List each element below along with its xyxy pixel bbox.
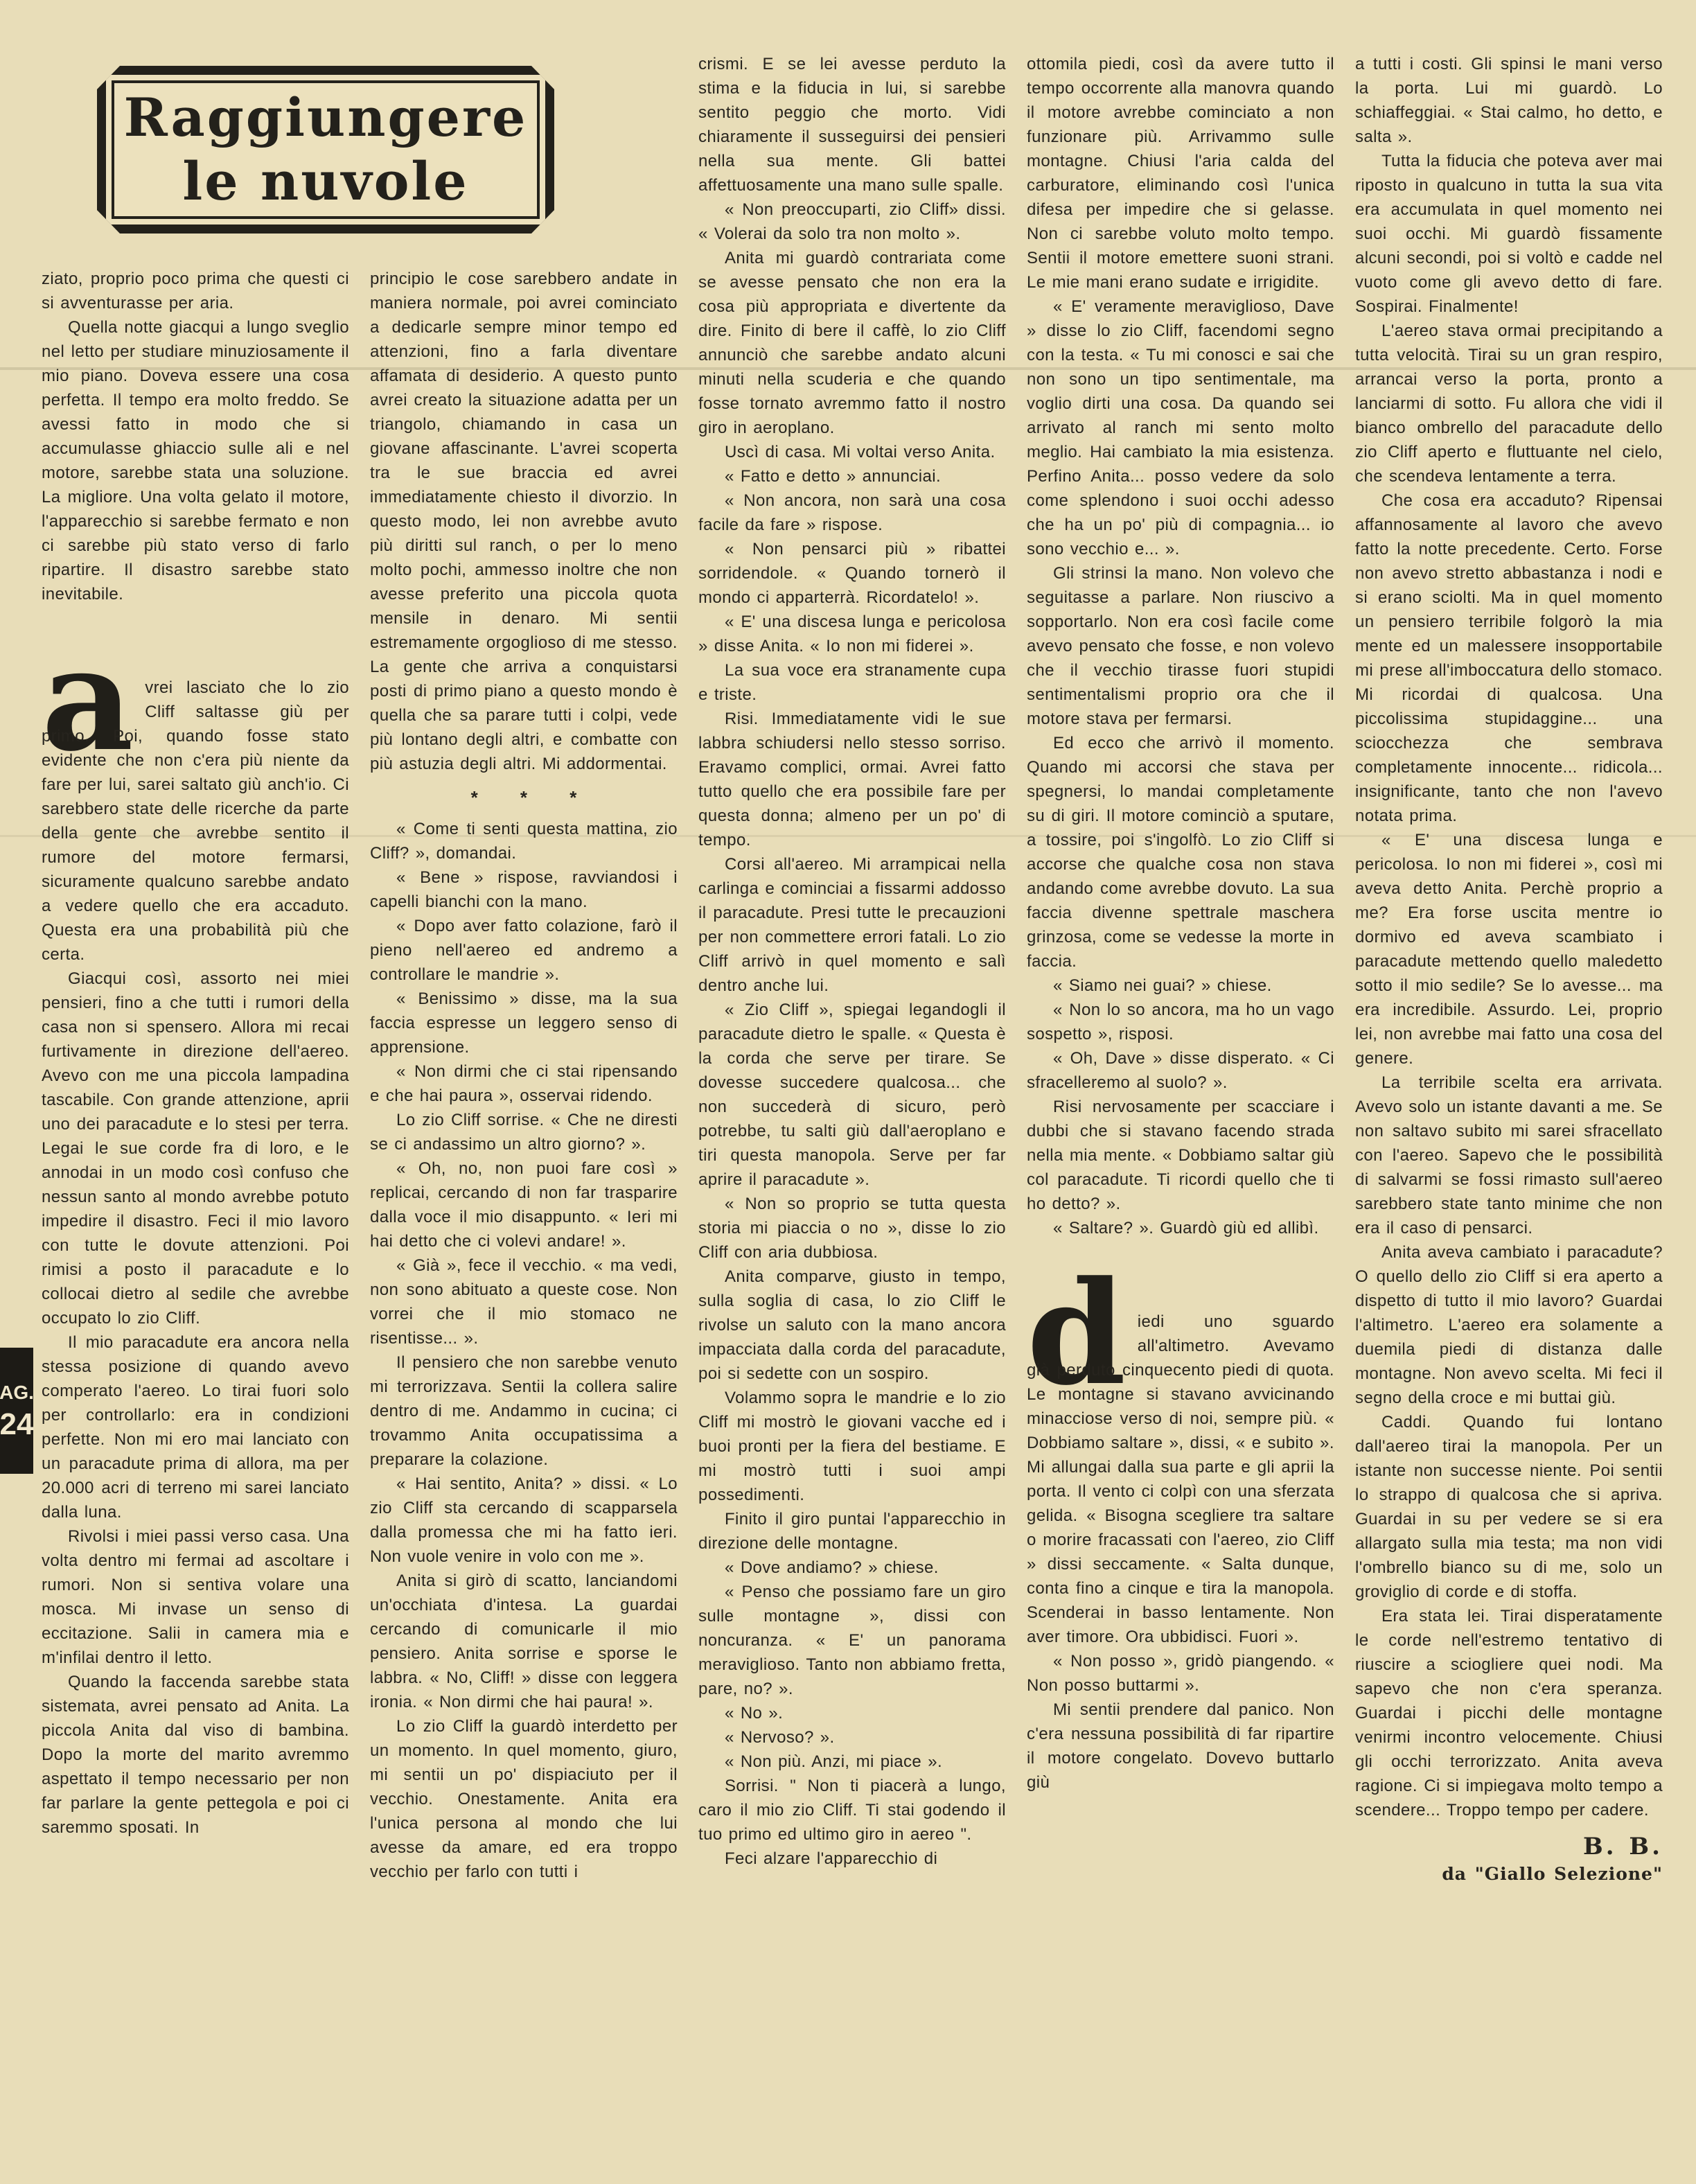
source-credit: da "Giallo Selezione" — [1355, 1862, 1663, 1886]
paragraph: Che cosa era accaduto? Ripensai affannos… — [1355, 488, 1663, 828]
paragraph: ottomila piedi, così da avere tutto il t… — [1027, 52, 1334, 294]
paragraph: La sua voce era stranamente cupa e trist… — [698, 658, 1006, 707]
paragraph: « Siamo nei guai? » chiese. — [1027, 974, 1334, 998]
paragraph: « Hai sentito, Anita? » dissi. « Lo zio … — [370, 1472, 678, 1569]
paragraph: Mi sentii prendere dal panico. Non c'era… — [1027, 1698, 1334, 1795]
author-signature: B. B. — [1355, 1835, 1663, 1859]
article-column-3: crismi. E se lei avesse perduto la stima… — [698, 52, 1006, 2145]
paragraph: « Non preoccuparti, zio Cliff» dissi. « … — [698, 197, 1006, 246]
page-tab-label: AG. — [0, 1379, 34, 1407]
paragraph: Risi. Immediatamente vidi le sue labbra … — [698, 707, 1006, 852]
paragraph: Lo zio Cliff la guardò interdetto per un… — [370, 1714, 678, 1884]
paragraph: Corsi all'aereo. Mi arrampicai nella car… — [698, 852, 1006, 998]
article-column-2: principio le cose sarebbero andate in ma… — [370, 52, 678, 2145]
paragraph: Il mio paracadute era ancora nella stess… — [42, 1330, 349, 1524]
paragraph: Quando la faccenda sarebbe stata sistema… — [42, 1670, 349, 1840]
paragraph: Tutta la fiducia che poteva aver mai rip… — [1355, 149, 1663, 319]
drop-cap: d — [1027, 1310, 1127, 1358]
paragraph: « Benissimo » disse, ma la sua faccia es… — [370, 987, 678, 1059]
paragraph: Anita comparve, giusto in tempo, sulla s… — [698, 1265, 1006, 1386]
paragraph: « Penso che possiamo fare un giro sulle … — [698, 1580, 1006, 1701]
paragraph: Risi nervosamente per scacciare i dubbi … — [1027, 1095, 1334, 1216]
paragraph: « Fatto e detto » annunciai. — [698, 464, 1006, 488]
paragraph: Giacqui così, assorto nei miei pensieri,… — [42, 967, 349, 1330]
article-columns: ziato, proprio poco prima che questi ci … — [42, 52, 1663, 2145]
paragraph: crismi. E se lei avesse perduto la stima… — [698, 52, 1006, 197]
article-column-1: ziato, proprio poco prima che questi ci … — [42, 52, 349, 2145]
paragraph: L'aereo stava ormai precipitando a tutta… — [1355, 319, 1663, 488]
paragraph: « Non so proprio se tutta questa storia … — [698, 1192, 1006, 1265]
paragraph: Caddi. Quando fui lontano dall'aereo tir… — [1355, 1410, 1663, 1604]
article-column-4: ottomila piedi, così da avere tutto il t… — [1027, 52, 1334, 2145]
paragraph: Volammo sopra le mandrie e lo zio Cliff … — [698, 1386, 1006, 1507]
drop-cap-paragraph: avrei lasciato che lo zio Cliff saltasse… — [42, 676, 349, 967]
magazine-page: Raggiungere le nuvole AG. 24 ziato, prop… — [0, 0, 1696, 2184]
paragraph: « E' veramente meraviglioso, Dave » diss… — [1027, 294, 1334, 561]
paragraph: « Oh, Dave » disse disperato. « Ci sfrac… — [1027, 1046, 1334, 1095]
paragraph: « Dopo aver fatto colazione, farò il pie… — [370, 914, 678, 987]
page-number: 24 — [0, 1407, 33, 1443]
paragraph: Sorrisi. " Non ti piacerà a lungo, caro … — [698, 1774, 1006, 1847]
paragraph: Quella notte giacqui a lungo sveglio nel… — [42, 315, 349, 606]
paragraph: Gli strinsi la mano. Non volevo che segu… — [1027, 561, 1334, 731]
paragraph: Era stata lei. Tirai disperatamente le c… — [1355, 1604, 1663, 1822]
paragraph: Lo zio Cliff sorrise. « Che ne diresti s… — [370, 1108, 678, 1156]
drop-cap-paragraph: diedi uno sguardo all'altimetro. Avevamo… — [1027, 1310, 1334, 1649]
page-number-tab: AG. 24 — [0, 1348, 33, 1474]
paragraph: Il pensiero che non sarebbe venuto mi te… — [370, 1350, 678, 1472]
paragraph: « Non ancora, non sarà una cosa facile d… — [698, 488, 1006, 537]
paragraph: La terribile scelta era arrivata. Avevo … — [1355, 1071, 1663, 1240]
paragraph: principio le cose sarebbero andate in ma… — [370, 267, 678, 776]
paragraph: « Zio Cliff », spiegai legandogli il par… — [698, 998, 1006, 1192]
paragraph: « Non pensarci più » ribattei sorridendo… — [698, 537, 1006, 610]
paragraph: Anita si girò di scatto, lanciandomi un'… — [370, 1569, 678, 1714]
paragraph: « Non più. Anzi, mi piace ». — [698, 1750, 1006, 1774]
paragraph: Anita aveva cambiato i paracadute? O que… — [1355, 1240, 1663, 1410]
section-separator: * * * — [370, 786, 678, 810]
drop-cap: a — [42, 676, 134, 724]
paragraph: « Saltare? ». Guardò giù ed allibì. — [1027, 1216, 1334, 1240]
paragraph: « E' una discesa lunga e pericolosa. Io … — [1355, 828, 1663, 1071]
paragraph: Finito il giro puntai l'apparecchio in d… — [698, 1507, 1006, 1556]
paragraph: Uscì di casa. Mi voltai verso Anita. — [698, 440, 1006, 464]
paragraph: Anita mi guardò contrariata come se aves… — [698, 246, 1006, 440]
paragraph: « Non posso », gridò piangendo. « Non po… — [1027, 1649, 1334, 1698]
paragraph: Ed ecco che arrivò il momento. Quando mi… — [1027, 731, 1334, 974]
paragraph: « Già », fece il vecchio. « ma vedi, non… — [370, 1253, 678, 1350]
paragraph: « Non dirmi che ci stai ripensando e che… — [370, 1059, 678, 1108]
paragraph: Feci alzare l'apparecchio di — [698, 1847, 1006, 1871]
paragraph: Rivolsi i miei passi verso casa. Una vol… — [42, 1524, 349, 1670]
paragraph: « No ». — [698, 1701, 1006, 1725]
paragraph: « Come ti senti questa mattina, zio Clif… — [370, 817, 678, 865]
article-column-5: a tutti i costi. Gli spinsi le mani vers… — [1355, 52, 1663, 2145]
paragraph: « Nervoso? ». — [698, 1725, 1006, 1750]
paragraph: « Bene » rispose, ravviandosi i capelli … — [370, 865, 678, 914]
paragraph: « Oh, no, non puoi fare così » replicai,… — [370, 1156, 678, 1253]
paragraph: « Dove andiamo? » chiese. — [698, 1556, 1006, 1580]
paragraph: a tutti i costi. Gli spinsi le mani vers… — [1355, 52, 1663, 149]
paragraph: ziato, proprio poco prima che questi ci … — [42, 267, 349, 315]
paragraph: « E' una discesa lunga e pericolosa » di… — [698, 610, 1006, 658]
paragraph: « Non lo so ancora, ma ho un vago sospet… — [1027, 998, 1334, 1046]
